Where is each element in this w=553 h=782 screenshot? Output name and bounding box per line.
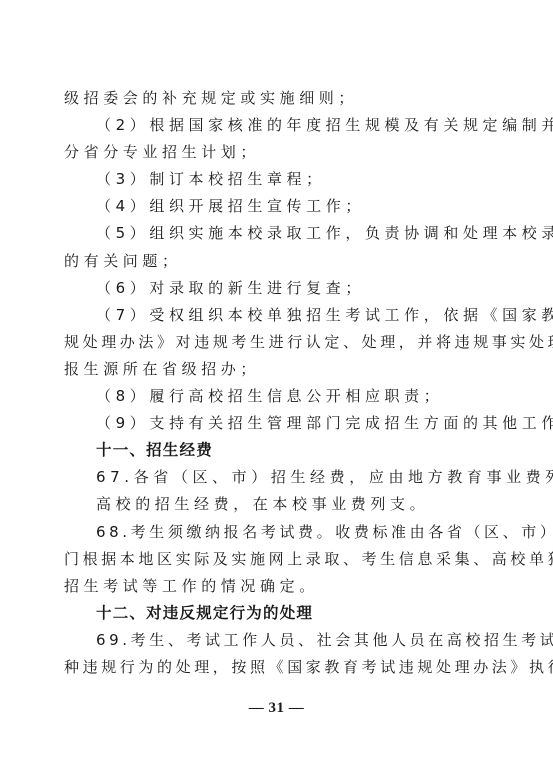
page-number: — 31 —: [0, 700, 553, 717]
article-69: 69.考生、考试工作人员、社会其他人员在高校招生考试中的各: [64, 627, 482, 654]
body-text: 级招委会的补充规定或实施细则； （2）根据国家核准的年度招生规模及有关规定编制并…: [64, 85, 482, 681]
paragraph-line: 的有关问题；: [64, 248, 482, 275]
list-item-9: （9）支持有关招生管理部门完成招生方面的其他工作。: [64, 410, 482, 437]
article-67: 67.各省（区、市）招生经费，应由地方教育事业费列支。: [64, 464, 482, 491]
article-68: 68.考生须缴纳报名考试费。收费标准由各省（区、市）有关部: [64, 519, 482, 546]
list-item-4: （4）组织开展招生宣传工作；: [64, 193, 482, 220]
paragraph-line: 高校的招生经费，在本校事业费列支。: [64, 491, 482, 518]
paragraph-line: 报生源所在省级招办；: [64, 356, 482, 383]
list-item-3: （3）制订本校招生章程；: [64, 166, 482, 193]
paragraph-line: 门根据本地区实际及实施网上录取、考生信息采集、高校单独组织: [64, 546, 482, 573]
list-item-6: （6）对录取的新生进行复查；: [64, 275, 482, 302]
list-item-8: （8）履行高校招生信息公开相应职责；: [64, 383, 482, 410]
paragraph-line: 分省分专业招生计划；: [64, 139, 482, 166]
paragraph-line: 规处理办法》对违规考生进行认定、处理，并将违规事实处理结果: [64, 329, 482, 356]
paragraph-line: 级招委会的补充规定或实施细则；: [64, 85, 482, 112]
list-item-5: （5）组织实施本校录取工作，负责协调和处理本校录取工作中: [64, 220, 482, 247]
list-item-2: （2）根据国家核准的年度招生规模及有关规定编制并报送本校: [64, 112, 482, 139]
section-heading-violations: 十二、对违反规定行为的处理: [64, 600, 482, 627]
paragraph-line: 招生考试等工作的情况确定。: [64, 573, 482, 600]
list-item-7: （7）受权组织本校单独招生考试工作，依据《国家教育考试违: [64, 302, 482, 329]
section-heading-funding: 十一、招生经费: [64, 437, 482, 464]
document-page: 级招委会的补充规定或实施细则； （2）根据国家核准的年度招生规模及有关规定编制并…: [0, 0, 553, 782]
paragraph-line: 种违规行为的处理，按照《国家教育考试违规处理办法》执行。: [64, 654, 482, 681]
